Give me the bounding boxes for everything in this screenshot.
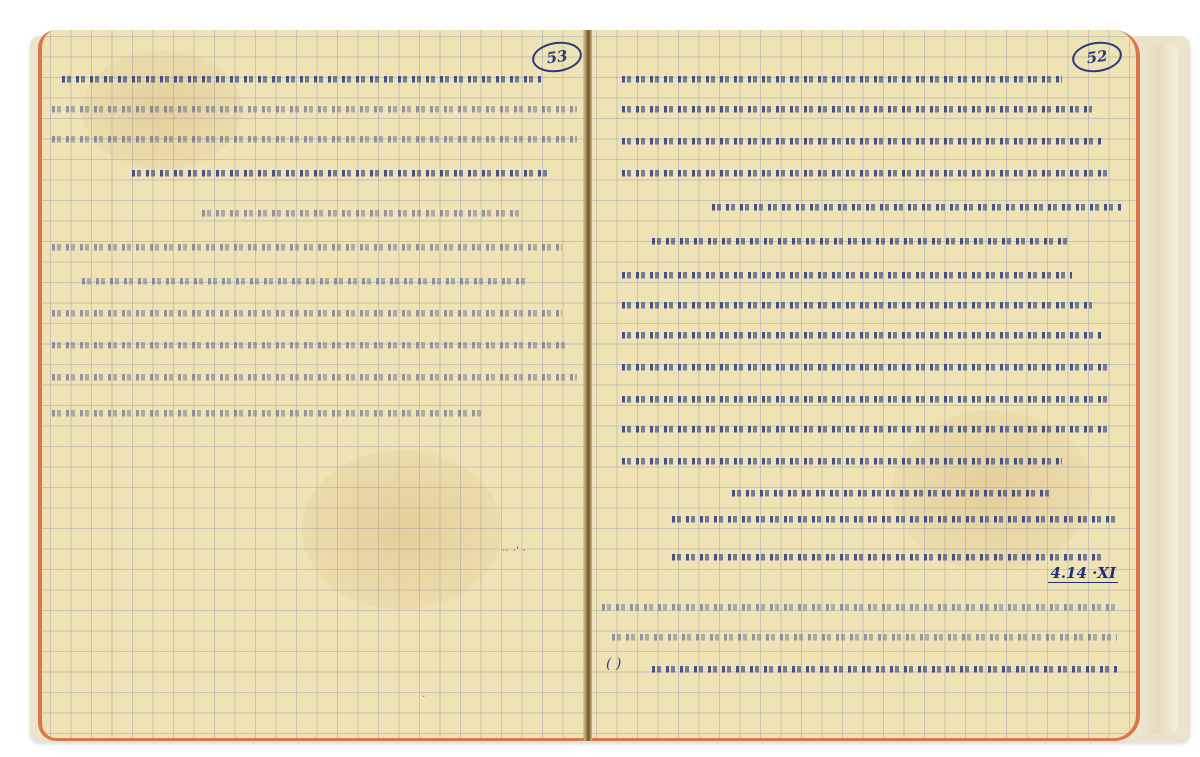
- ink-stroke: [622, 454, 1062, 468]
- handwritten-line: [handwritten Hebrew line — illegible]: [202, 206, 522, 220]
- handwritten-line: [handwritten Hebrew line — illegible]: [652, 234, 1072, 248]
- ink-stroke: [52, 370, 577, 384]
- handwritten-line: [handwritten Hebrew line — illegible]: [622, 134, 1102, 148]
- handwritten-line: [handwritten Hebrew line — illegible]: [52, 240, 562, 254]
- ink-stroke: [652, 662, 1117, 676]
- handwritten-line: [handwritten Hebrew line — illegible]: [62, 72, 542, 86]
- ink-stroke: [132, 166, 547, 180]
- handwritten-line: [handwritten Hebrew line — illegible]: [52, 132, 577, 146]
- ink-stroke: [52, 132, 577, 146]
- ink-stroke: [52, 406, 482, 420]
- ink-stroke: [732, 486, 1052, 500]
- ink-stroke: [612, 630, 1117, 644]
- ink-stroke: [52, 338, 567, 352]
- handwritten-line: [handwritten Hebrew line — illegible]: [132, 166, 547, 180]
- handwritten-line: [handwritten Hebrew line — illegible]: [712, 200, 1122, 214]
- ink-stroke: [622, 392, 1112, 406]
- handwritten-line: [handwritten Hebrew line — illegible]: [732, 486, 1052, 500]
- ink-stroke: [622, 328, 1102, 342]
- page-number-left: 53: [530, 39, 584, 76]
- handwritten-line: [handwritten Hebrew line — illegible]: [622, 72, 1062, 86]
- handwritten-line: [handwritten Hebrew line — illegible]: [52, 370, 577, 384]
- handwritten-line: [handwritten Hebrew line — illegible]: [622, 328, 1102, 342]
- handwritten-line: [handwritten Hebrew line — illegible]: [622, 454, 1062, 468]
- ink-stroke: [622, 422, 1112, 436]
- ink-stroke: [602, 600, 1117, 614]
- handwritten-line: [handwritten Hebrew line — illegible]: [622, 268, 1072, 282]
- ink-stroke: [622, 166, 1112, 180]
- stray-pencil-mark: ·· ·' ·: [502, 544, 526, 557]
- parenthetical-note: ( ): [606, 656, 621, 672]
- ink-stroke: [652, 234, 1072, 248]
- left-page: 53 [handwritten Hebrew line — illegible]…: [38, 30, 588, 741]
- ink-stroke: [62, 72, 542, 86]
- ink-stroke: [622, 72, 1062, 86]
- ink-stroke: [622, 134, 1102, 148]
- handwritten-line: [handwritten Hebrew line — illegible]: [612, 630, 1117, 644]
- ink-stroke: [52, 102, 577, 116]
- date-marker: 4.14 ·XI: [1048, 564, 1118, 583]
- handwritten-line: [handwritten Hebrew line — illegible]: [52, 338, 567, 352]
- handwritten-line: [handwritten Hebrew line — illegible]: [622, 392, 1112, 406]
- ink-stroke: [52, 306, 562, 320]
- ink-stroke: [202, 206, 522, 220]
- handwritten-line: [handwritten Hebrew line — illegible]: [672, 512, 1117, 526]
- ink-stroke: [622, 298, 1092, 312]
- ink-stroke: [672, 550, 1102, 564]
- handwritten-line: [handwritten Hebrew line — illegible]: [52, 306, 562, 320]
- ink-stroke: [622, 102, 1092, 116]
- ink-stroke: [622, 268, 1072, 282]
- page-edges-stack: [1138, 44, 1178, 734]
- ink-stroke: [82, 274, 527, 288]
- handwritten-line: [handwritten Hebrew line — illegible]: [82, 274, 527, 288]
- right-page: 52 4.14 ·XI [handwritten Hebrew line — i…: [592, 30, 1140, 741]
- ink-stroke: [672, 512, 1117, 526]
- handwritten-line: [handwritten Hebrew line — illegible]: [652, 662, 1117, 676]
- handwritten-line: [handwritten Hebrew line — illegible]: [672, 550, 1102, 564]
- paper-stain: [302, 450, 502, 610]
- handwritten-line: [handwritten Hebrew line — illegible]: [622, 422, 1112, 436]
- ink-stroke: [712, 200, 1122, 214]
- ink-stroke: [52, 240, 562, 254]
- page-number-right: 52: [1070, 39, 1124, 76]
- handwritten-line: [handwritten Hebrew line — illegible]: [622, 102, 1092, 116]
- handwritten-line: [handwritten Hebrew line — illegible]: [52, 102, 577, 116]
- handwritten-line: [handwritten Hebrew line — illegible]: [52, 406, 482, 420]
- notebook-spine: [584, 30, 592, 741]
- ink-stroke: [622, 360, 1112, 374]
- handwritten-line: [handwritten Hebrew line — illegible]: [622, 298, 1092, 312]
- handwritten-line: [handwritten Hebrew line — illegible]: [622, 360, 1112, 374]
- handwritten-line: [handwritten Hebrew line — illegible]: [602, 600, 1117, 614]
- handwritten-line: [handwritten Hebrew line — illegible]: [622, 166, 1112, 180]
- stray-pencil-mark: ·: [422, 690, 426, 703]
